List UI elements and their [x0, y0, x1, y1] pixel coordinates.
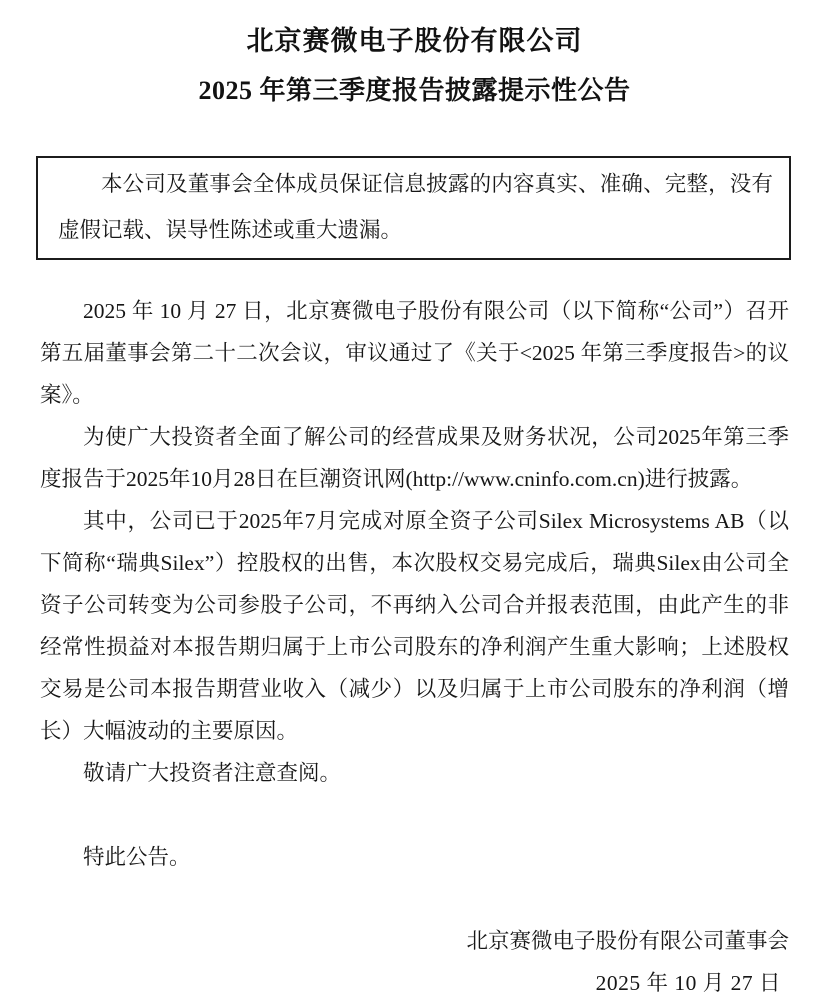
announcement-subtitle: 2025 年第三季度报告披露提示性公告: [40, 76, 789, 106]
body-paragraph-silex: 其中，公司已于2025年7月完成对原全资子公司Silex Microsystem…: [40, 500, 789, 752]
announcement-document: 北京赛微电子股份有限公司 2025 年第三季度报告披露提示性公告 本公司及董事会…: [0, 0, 828, 1006]
closing-statement: 特此公告。: [40, 836, 789, 878]
disclaimer-box: 本公司及董事会全体成员保证信息披露的内容真实、准确、完整，没有虚假记载、误导性陈…: [36, 156, 791, 260]
signature-date: 2025 年 10 月 27 日: [40, 962, 789, 1004]
disclaimer-text: 本公司及董事会全体成员保证信息披露的内容真实、准确、完整，没有虚假记载、误导性陈…: [58, 161, 773, 253]
signature-block: 北京赛微电子股份有限公司董事会 2025 年 10 月 27 日: [40, 920, 789, 1004]
body-paragraph-reminder: 敬请广大投资者注意查阅。: [40, 752, 789, 794]
body-paragraph-disclosure: 为使广大投资者全面了解公司的经营成果及财务状况，公司2025年第三季度报告于20…: [40, 416, 789, 500]
board-signature: 北京赛微电子股份有限公司董事会: [40, 920, 789, 962]
announcement-body: 2025 年 10 月 27 日，北京赛微电子股份有限公司（以下简称“公司”）召…: [40, 290, 789, 878]
body-paragraph-meeting: 2025 年 10 月 27 日，北京赛微电子股份有限公司（以下简称“公司”）召…: [40, 290, 789, 416]
company-name-title: 北京赛微电子股份有限公司: [40, 26, 789, 56]
